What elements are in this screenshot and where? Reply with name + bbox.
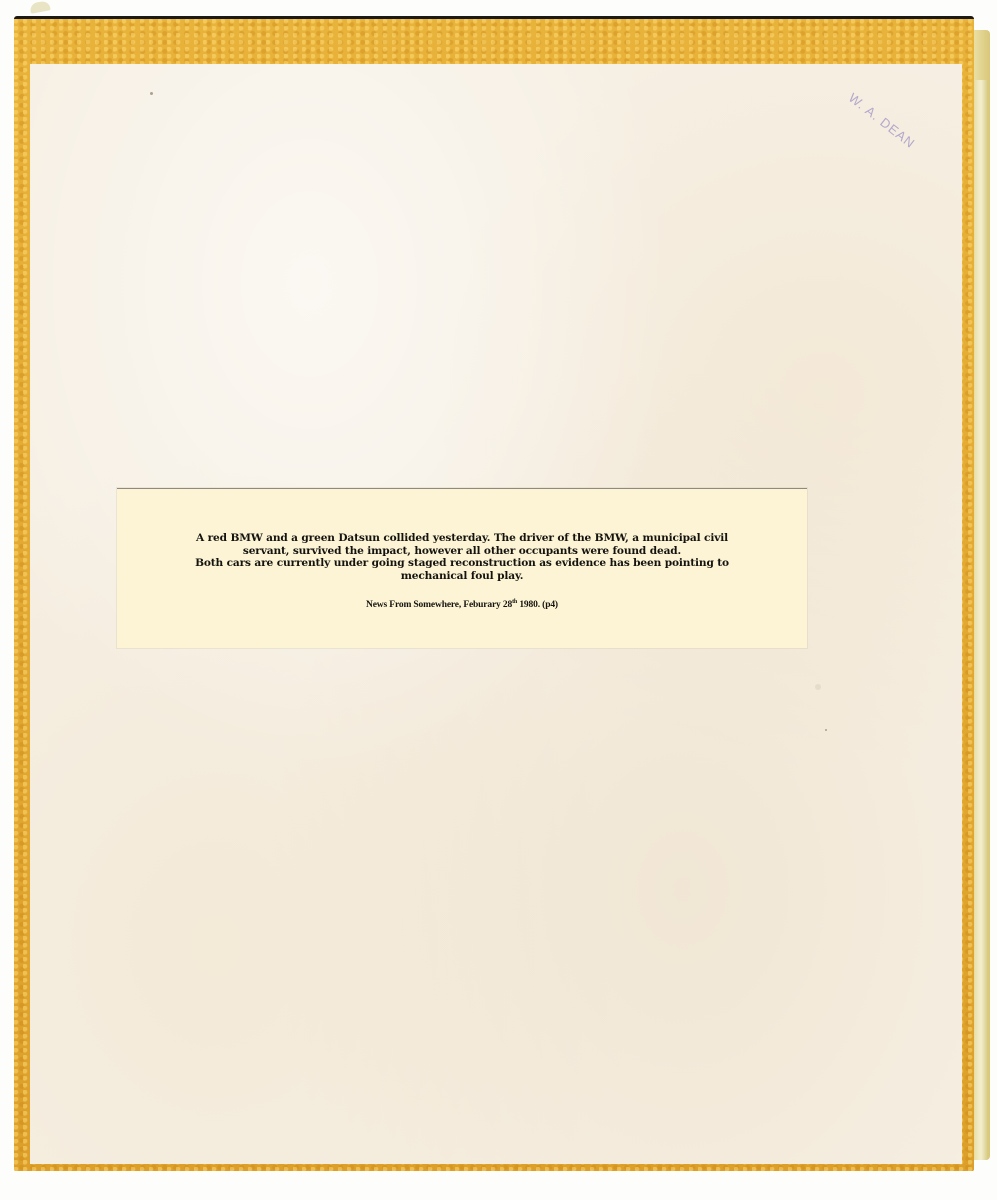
clipping-line: mechanical foul play.: [117, 570, 807, 583]
paper-speck: [825, 729, 827, 731]
board-back-layer-inner: [975, 80, 987, 1160]
source-prefix: News From Somewhere, Feburary 28: [366, 600, 512, 610]
paper-speck: [150, 92, 153, 95]
clipping-line: A red BMW and a green Datsun collided ye…: [117, 532, 807, 545]
clipping-source: News From Somewhere, Feburary 28th 1980.…: [117, 596, 807, 612]
clipping-line: Both cars are currently under going stag…: [117, 557, 807, 570]
newspaper-clipping: A red BMW and a green Datsun collided ye…: [117, 488, 807, 648]
clipping-line: servant, survived the impact, however al…: [117, 545, 807, 558]
document-scene: W. A. DEAN A red BMW and a green Datsun …: [0, 0, 997, 1200]
paper-speck: [815, 684, 821, 690]
source-suffix: 1980. (p4): [517, 600, 558, 610]
board-corner-tab: [29, 0, 50, 13]
